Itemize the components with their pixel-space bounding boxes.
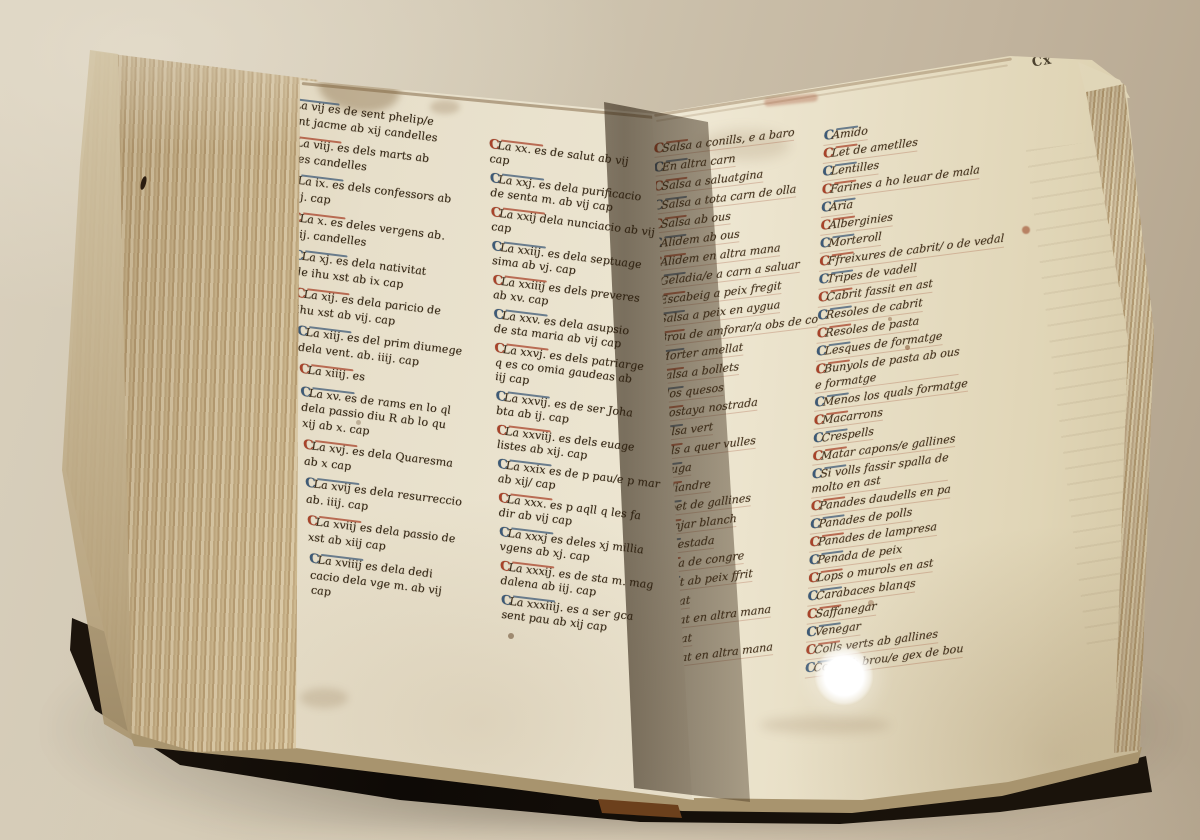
- left-page-column-1: CLa vij es de sent phelip/e sent jacme a…: [285, 96, 513, 630]
- folio-number: Cx: [1031, 53, 1053, 71]
- entry-text: La xj. es dela nativitat de ihu xst ab i…: [294, 250, 427, 291]
- right-page-top-edge: [654, 57, 1012, 117]
- entry-text: La xv. es de rams en lo ql dela passio d…: [301, 386, 451, 437]
- foxing-speck: [508, 633, 514, 639]
- bleed-through-lines: [1026, 139, 1175, 651]
- manuscript-photo: CLa vij es de sent phelip/e sent jacme a…: [0, 0, 1200, 840]
- parchment-stain: [300, 688, 348, 708]
- entry-text: La xviiij es dela dedi cacio dela vge m.…: [310, 553, 442, 598]
- folio-pencil-annotation: 119: [1040, 38, 1054, 48]
- right-page-column-2: CAmidoCLet de ametllesCLentillesCFarines…: [805, 102, 1040, 681]
- glare-highlight: [814, 646, 874, 706]
- parchment-stain: [760, 716, 890, 734]
- parchment-stain: [430, 100, 460, 114]
- index-entry: CAria: [821, 198, 853, 218]
